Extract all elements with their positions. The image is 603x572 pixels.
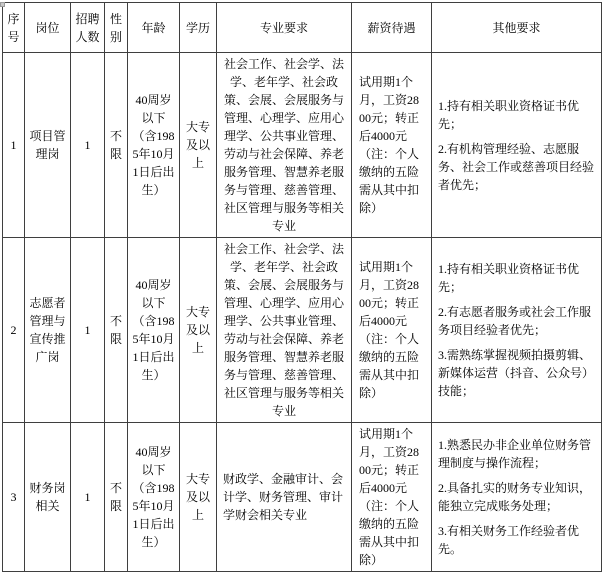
col-header-education: 学历 [180, 3, 217, 53]
table-body: 1 项目管理岗 1 不限 40周岁以下（含1985年10月1日后出生） 大专及以… [3, 53, 602, 572]
col-header-other: 其他要求 [432, 3, 602, 53]
col-header-gender: 性别 [105, 3, 128, 53]
table-handle-artifact [0, 2, 5, 7]
cell-headcount: 1 [71, 53, 105, 238]
header-row: 序号 岗位 招聘人数 性别 年龄 学历 专业要求 薪资待遇 其他要求 [3, 3, 602, 53]
col-header-headcount: 招聘人数 [71, 3, 105, 53]
cell-position: 项目管理岗 [25, 53, 71, 238]
table-row: 2 志愿者管理与宣传推广岗 1 不限 40周岁以下（含1985年10月1日后出生… [3, 238, 602, 423]
table-header: 序号 岗位 招聘人数 性别 年龄 学历 专业要求 薪资待遇 其他要求 [3, 3, 602, 53]
cell-serial: 1 [3, 53, 25, 238]
other-requirement-item: 1.持有相关职业资格证书优先； [438, 260, 595, 296]
col-header-position: 岗位 [25, 3, 71, 53]
col-header-serial: 序号 [3, 3, 25, 53]
cell-salary: 试用期1个月，工资2800元；转正后4000元（注：个人缴纳的五险需从其中扣除） [352, 53, 432, 238]
table-row: 3 财务岗相关 1 不限 40周岁以下（含1985年10月1日后出生） 大专及以… [3, 423, 602, 572]
other-requirement-item: 1.熟悉民办非企业单位财务管理制度与操作流程； [438, 436, 595, 472]
cell-major: 社会工作、社会学、法学、老年学、社会政策、会展、会展服务与管理、心理学、应用心理… [217, 53, 352, 238]
cell-serial: 3 [3, 423, 25, 572]
cell-gender: 不限 [105, 53, 128, 238]
cell-position: 志愿者管理与宣传推广岗 [25, 238, 71, 423]
cell-headcount: 1 [71, 238, 105, 423]
cell-salary: 试用期1个月，工资2800元；转正后4000元（注：个人缴纳的五险需从其中扣除） [352, 423, 432, 572]
cell-position: 财务岗相关 [25, 423, 71, 572]
cell-other: 1.持有相关职业资格证书优先； 2.有机构管理经验、志愿服务、社会工作或慈善项目… [432, 53, 602, 238]
cell-major: 财政学、金融审计、会计学、财务管理、审计学财会相关专业 [217, 423, 352, 572]
col-header-age: 年龄 [128, 3, 180, 53]
table-row: 1 项目管理岗 1 不限 40周岁以下（含1985年10月1日后出生） 大专及以… [3, 53, 602, 238]
cell-headcount: 1 [71, 423, 105, 572]
other-requirement-item: 1.持有相关职业资格证书优先； [438, 97, 595, 133]
cell-education: 大专及以上 [180, 53, 217, 238]
cell-age: 40周岁以下（含1985年10月1日后出生） [128, 238, 180, 423]
recruitment-table: 序号 岗位 招聘人数 性别 年龄 学历 专业要求 薪资待遇 其他要求 1 项目管… [2, 2, 602, 572]
cell-other: 1.持有相关职业资格证书优先； 2.有志愿者服务或社会工作服务项目经验者优先； … [432, 238, 602, 423]
cell-education: 大专及以上 [180, 423, 217, 572]
cell-major: 社会工作、社会学、法学、老年学、社会政策、会展、会展服务与管理、心理学、应用心理… [217, 238, 352, 423]
cell-age: 40周岁以下（含1985年10月1日后出生） [128, 53, 180, 238]
cell-salary: 试用期1个月，工资2800元；转正后4000元（注：个人缴纳的五险需从其中扣除） [352, 238, 432, 423]
cell-age: 40周岁以下（含1985年10月1日后出生） [128, 423, 180, 572]
other-requirement-item: 2.具备扎实的财务专业知识，能独立完成账务处理； [438, 479, 595, 515]
cell-gender: 不限 [105, 423, 128, 572]
other-requirement-item: 2.有志愿者服务或社会工作服务项目经验者优先； [438, 303, 595, 339]
cell-gender: 不限 [105, 238, 128, 423]
cell-education: 大专及以上 [180, 238, 217, 423]
other-requirement-item: 2.有机构管理经验、志愿服务、社会工作或慈善项目经验者优先； [438, 140, 595, 194]
other-requirement-item: 3.有相关财务工作经验者优先。 [438, 522, 595, 558]
cell-serial: 2 [3, 238, 25, 423]
cell-other: 1.熟悉民办非企业单位财务管理制度与操作流程； 2.具备扎实的财务专业知识，能独… [432, 423, 602, 572]
col-header-major: 专业要求 [217, 3, 352, 53]
col-header-salary: 薪资待遇 [352, 3, 432, 53]
other-requirement-item: 3.需熟练掌握视频拍摄剪辑、新媒体运营（抖音、公众号）技能； [438, 346, 595, 400]
